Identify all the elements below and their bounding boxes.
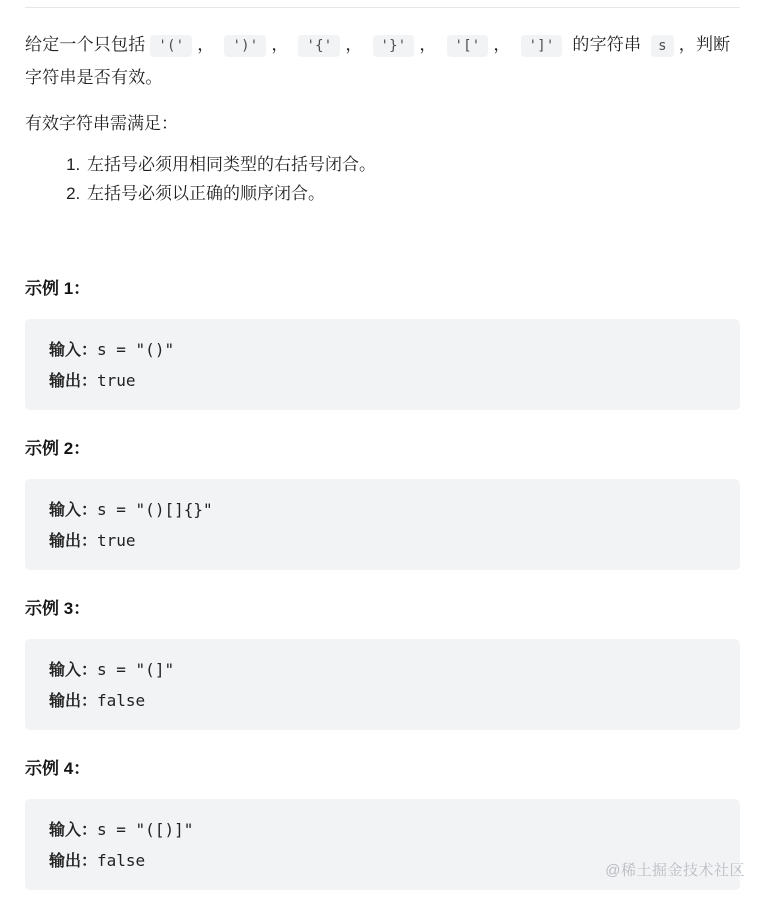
inline-code-close-brace: '}': [373, 35, 415, 57]
example-3-code-block: 输入：s = "(]" 输出：false: [25, 639, 740, 730]
inline-code-close-bracket: ']': [521, 35, 563, 57]
separator: ，: [271, 35, 288, 54]
input-value: s = "([)]": [97, 820, 193, 839]
article-content: 给定一个只包括'('， ')'， '{'， '}'， '['， ']' 的字符串…: [0, 7, 769, 890]
input-line: 输入：s = "(]": [49, 654, 716, 685]
example-1-heading: 示例 1：: [25, 276, 740, 302]
input-value: s = "(]": [97, 660, 174, 679]
output-label: 输出：: [49, 851, 97, 870]
input-label: 输入：: [49, 660, 97, 679]
output-label: 输出：: [49, 531, 97, 550]
output-line: 输出：false: [49, 685, 716, 716]
statement-middle: 的字符串: [572, 35, 641, 54]
input-value: s = "()": [97, 340, 174, 359]
output-line: 输出：true: [49, 365, 716, 396]
output-value: false: [97, 691, 145, 710]
example-2-code-block: 输入：s = "()[]{}" 输出：true: [25, 479, 740, 570]
input-line: 输入：s = "()[]{}": [49, 494, 716, 525]
rule-item: 左括号必须以正确的顺序闭合。: [85, 179, 740, 208]
inline-code-close-paren: ')': [224, 35, 266, 57]
separator: ，: [419, 35, 436, 54]
inline-code-open-paren: '(': [150, 35, 192, 57]
top-divider: [25, 7, 740, 8]
statement-prefix: 给定一个只包括: [25, 35, 145, 54]
separator: ，: [345, 35, 362, 54]
inline-code-open-bracket: '[': [447, 35, 489, 57]
input-value: s = "()[]{}": [97, 500, 213, 519]
separator: ，: [197, 35, 214, 54]
example-4-heading: 示例 4：: [25, 756, 740, 782]
example-1-code-block: 输入：s = "()" 输出：true: [25, 319, 740, 410]
input-line: 输入：s = "()": [49, 334, 716, 365]
rules-intro: 有效字符串需满足：: [25, 108, 740, 140]
output-label: 输出：: [49, 371, 97, 390]
problem-statement: 给定一个只包括'('， ')'， '{'， '}'， '['， ']' 的字符串…: [25, 29, 740, 94]
inline-code-s-variable: s: [651, 35, 674, 57]
statement-suffix-line1: ，判断: [679, 35, 731, 54]
input-label: 输入：: [49, 820, 97, 839]
input-label: 输入：: [49, 340, 97, 359]
rules-list: 左括号必须用相同类型的右括号闭合。 左括号必须以正确的顺序闭合。: [25, 150, 740, 208]
output-label: 输出：: [49, 691, 97, 710]
rule-item: 左括号必须用相同类型的右括号闭合。: [85, 150, 740, 179]
example-3-heading: 示例 3：: [25, 596, 740, 622]
example-2-heading: 示例 2：: [25, 436, 740, 462]
output-value: true: [97, 531, 136, 550]
output-value: true: [97, 371, 136, 390]
input-label: 输入：: [49, 500, 97, 519]
output-line: 输出：true: [49, 525, 716, 556]
separator: ，: [493, 35, 510, 54]
inline-code-open-brace: '{': [298, 35, 340, 57]
input-line: 输入：s = "([)]": [49, 814, 716, 845]
statement-suffix-line2: 字符串是否有效。: [25, 68, 163, 87]
article-page: 给定一个只包括'('， ')'， '{'， '}'， '['， ']' 的字符串…: [0, 0, 769, 906]
juejin-watermark: @稀土掘金技术社区: [605, 859, 745, 880]
output-value: false: [97, 851, 145, 870]
